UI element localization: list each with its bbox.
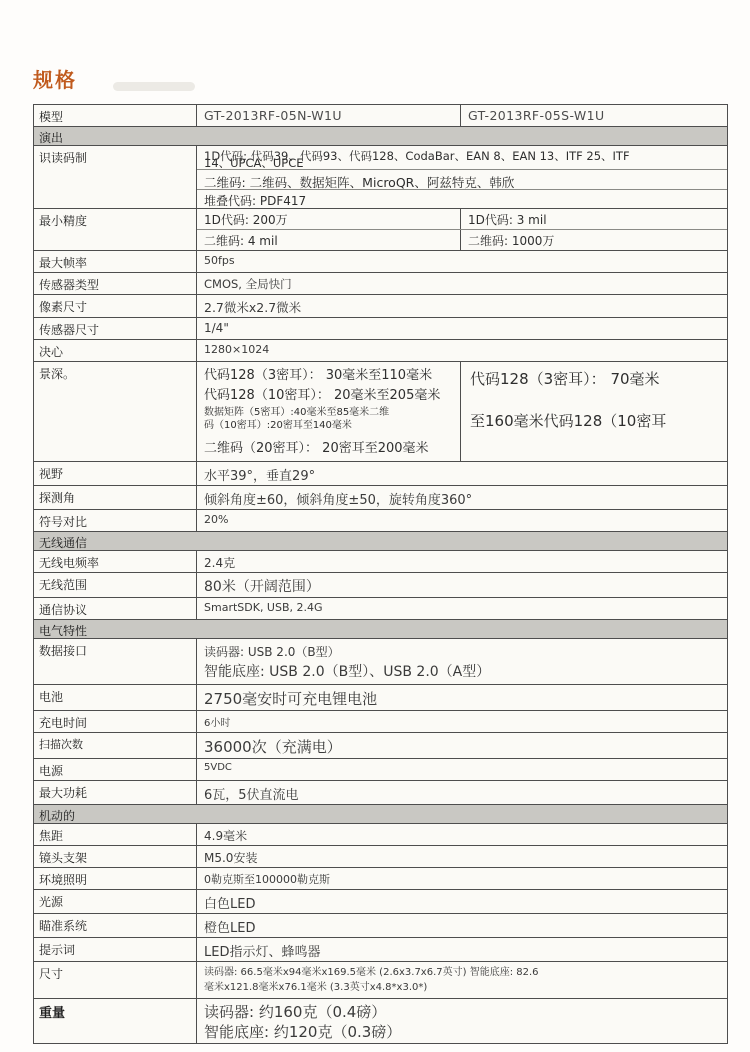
spec-label-sensor-size: 传感器尺寸 <box>34 318 197 339</box>
spec-value-radio-freq: 2.4克 <box>197 551 727 572</box>
spec-label-indicator: 提示词 <box>34 938 197 961</box>
spec-label-dof: 景深。 <box>34 362 197 461</box>
spec-label-resolution: 决心 <box>34 340 197 361</box>
row-ambient: 环境照明 0勒克斯至100000勒克斯 <box>34 868 727 890</box>
spec-value-light-source: 白色LED <box>197 890 727 913</box>
section-header-performance: 演出 <box>34 127 727 146</box>
row-scan-count: 扫描次数 36000次（充满电） <box>34 733 727 759</box>
dof-right-column: 代码128（3密耳）： 70毫米 至160毫米代码128（10密耳 <box>461 362 727 461</box>
spec-label-ambient: 环境照明 <box>34 868 197 889</box>
dimensions-line2: 毫米x121.8毫米x76.1毫米 (3.3英寸x4.8*x3.0*) <box>204 980 723 995</box>
row-charge-time: 充电时间 6小时 <box>34 711 727 733</box>
spec-label-scan-count: 扫描次数 <box>34 733 197 758</box>
spec-value-focal: 4.9毫米 <box>197 824 727 845</box>
spec-label-charge-time: 充电时间 <box>34 711 197 732</box>
section-header-wireless: 无线通信 <box>34 532 727 551</box>
dof-right-line1: 代码128（3密耳）： 70毫米 <box>470 368 725 390</box>
decode-line-1d: 1D代码: 代码39、代码93、代码128、CodaBar、EAN 8、EAN … <box>197 146 727 170</box>
spec-label-min-precision: 最小精度 <box>34 209 197 250</box>
min-precision-2d-left: 二维码: 4 mil <box>197 230 461 250</box>
row-protocol: 通信协议 SmartSDK, USB, 2.4G <box>34 598 727 620</box>
spec-label-data-interface: 数据接口 <box>34 639 197 684</box>
spec-value-sensor-type: CMOS, 全局快门 <box>197 273 727 294</box>
model-value-2: GT-2013RF-05S-W1U <box>461 105 727 126</box>
row-depth-of-field: 景深。 代码128（3密耳）： 30毫米至110毫米 代码128（10密耳）： … <box>34 362 727 462</box>
row-lens-mount: 镜头支架 M5.0安装 <box>34 846 727 868</box>
spec-label-light-source: 光源 <box>34 890 197 913</box>
spec-value-charge-time: 6小时 <box>197 711 727 732</box>
row-symbol-contrast: 符号对比 20% <box>34 510 727 532</box>
spec-page: 规格 模型 GT-2013RF-05N-W1U GT-2013RF-05S-W1… <box>0 0 750 1052</box>
spec-table: 模型 GT-2013RF-05N-W1U GT-2013RF-05S-W1U 演… <box>33 104 728 1044</box>
row-max-frame: 最大帧率 50fps <box>34 251 727 273</box>
dof-left-line2: 代码128（10密耳）： 20毫米至205毫米 <box>204 386 457 406</box>
row-battery: 电池 2750毫安时可充电锂电池 <box>34 685 727 711</box>
spec-value-detect-angle: 倾斜角度±60，倾斜角度±50，旋转角度360° <box>197 486 727 509</box>
row-min-precision: 最小精度 1D代码: 200万 1D代码: 3 mil 二维码: 4 mil 二… <box>34 209 727 251</box>
row-power: 电源 5VDC <box>34 759 727 781</box>
row-light-source: 光源 白色LED <box>34 890 727 914</box>
section-header-electrical: 电气特性 <box>34 620 727 639</box>
dof-left-line1: 代码128（3密耳）： 30毫米至110毫米 <box>204 366 457 386</box>
spec-value-protocol: SmartSDK, USB, 2.4G <box>197 598 727 619</box>
row-sensor-size: 传感器尺寸 1/4" <box>34 318 727 340</box>
data-interface-value: 读码器: USB 2.0（B型） 智能底座: USB 2.0（B型）、USB 2… <box>197 639 727 684</box>
section-header-mechanical: 机动的 <box>34 805 727 824</box>
row-resolution: 决心 1280×1024 <box>34 340 727 362</box>
spec-value-sensor-size: 1/4" <box>197 318 727 339</box>
spec-label-aiming: 瞄准系统 <box>34 914 197 937</box>
weight-value: 读码器: 约160克（0.4磅） 智能底座: 约120克（0.3磅） <box>197 999 727 1043</box>
row-model: 模型 GT-2013RF-05N-W1U GT-2013RF-05S-W1U <box>34 105 727 127</box>
row-indicator: 提示词 LED指示灯、蜂鸣器 <box>34 938 727 962</box>
row-radio-freq: 无线电频率 2.4克 <box>34 551 727 573</box>
min-precision-1d-right: 1D代码: 3 mil <box>461 209 727 229</box>
spec-label-radio-freq: 无线电频率 <box>34 551 197 572</box>
spec-label-max-frame: 最大帧率 <box>34 251 197 272</box>
spec-value-scan-count: 36000次（充满电） <box>197 733 727 758</box>
row-aiming: 瞄准系统 橙色LED <box>34 914 727 938</box>
spec-label-focal: 焦距 <box>34 824 197 845</box>
spec-value-pixel-size: 2.7微米x2.7微米 <box>197 295 727 317</box>
spec-label-battery: 电池 <box>34 685 197 710</box>
spec-label-symbol-contrast: 符号对比 <box>34 510 197 531</box>
decode-line-2d: 二维码: 二维码、数据矩阵、MicroQR、阿兹特克、韩欣 <box>197 170 727 190</box>
dof-left-line4: 码（10密耳）:20密耳至140毫米 <box>204 419 457 432</box>
spec-value-symbol-contrast: 20% <box>197 510 727 531</box>
spec-value-lens-mount: M5.0安装 <box>197 846 727 867</box>
min-precision-1d-left: 1D代码: 200万 <box>197 209 461 229</box>
data-interface-line1: 读码器: USB 2.0（B型） <box>204 642 723 662</box>
dimensions-value: 读码器: 66.5毫米x94毫米x169.5毫米 (2.6x3.7x6.7英寸)… <box>197 962 727 998</box>
row-weight: 重量 读码器: 约160克（0.4磅） 智能底座: 约120克（0.3磅） <box>34 999 727 1044</box>
spec-value-power: 5VDC <box>197 759 727 780</box>
decode-line-stacked: 堆叠代码: PDF417 <box>197 190 727 208</box>
row-sensor-type: 传感器类型 CMOS, 全局快门 <box>34 273 727 295</box>
decode-1d-part-b: 14、UPCA、UPCE <box>204 155 304 170</box>
spec-label-sensor-type: 传感器类型 <box>34 273 197 294</box>
row-decode: 识读码制 1D代码: 代码39、代码93、代码128、CodaBar、EAN 8… <box>34 146 727 209</box>
spec-label-fov: 视野 <box>34 462 197 485</box>
dof-left-line5: 二维码（20密耳）： 20密耳至200毫米 <box>204 439 457 459</box>
spec-value-max-frame: 50fps <box>197 251 727 272</box>
data-interface-line2: 智能底座: USB 2.0（B型）、USB 2.0（A型） <box>204 662 723 683</box>
spec-label-decode: 识读码制 <box>34 146 197 208</box>
weight-line1: 读码器: 约160克（0.4磅） <box>204 1002 723 1022</box>
title-smudge-decoration <box>113 82 195 91</box>
row-dimensions: 尺寸 读码器: 66.5毫米x94毫米x169.5毫米 (2.6x3.7x6.7… <box>34 962 727 999</box>
spec-label-wireless-range: 无线范围 <box>34 573 197 597</box>
row-fov: 视野 水平39°，垂直29° <box>34 462 727 486</box>
spec-value-indicator: LED指示灯、蜂鸣器 <box>197 938 727 961</box>
row-data-interface: 数据接口 读码器: USB 2.0（B型） 智能底座: USB 2.0（B型）、… <box>34 639 727 685</box>
spec-label-dimensions: 尺寸 <box>34 962 197 998</box>
row-wireless-range: 无线范围 80米（开阔范围） <box>34 573 727 598</box>
spec-label-power: 电源 <box>34 759 197 780</box>
dimensions-line1: 读码器: 66.5毫米x94毫米x169.5毫米 (2.6x3.7x6.7英寸)… <box>204 965 723 980</box>
dof-left-column: 代码128（3密耳）： 30毫米至110毫米 代码128（10密耳）： 20毫米… <box>197 362 461 461</box>
dof-left-line3: 数据矩阵（5密耳）:40毫米至85毫米二维 <box>204 406 457 419</box>
spec-value-battery: 2750毫安时可充电锂电池 <box>197 685 727 710</box>
spec-value-resolution: 1280×1024 <box>197 340 727 361</box>
weight-line2: 智能底座: 约120克（0.3磅） <box>204 1022 723 1042</box>
spec-value-fov: 水平39°，垂直29° <box>197 462 727 485</box>
page-title: 规格 <box>33 64 77 93</box>
spec-label-detect-angle: 探测角 <box>34 486 197 509</box>
spec-label-protocol: 通信协议 <box>34 598 197 619</box>
row-detect-angle: 探测角 倾斜角度±60，倾斜角度±50，旋转角度360° <box>34 486 727 510</box>
row-pixel-size: 像素尺寸 2.7微米x2.7微米 <box>34 295 727 318</box>
model-value-1: GT-2013RF-05N-W1U <box>197 105 461 126</box>
dof-right-line2: 至160毫米代码128（10密耳 <box>470 410 725 432</box>
spec-value-ambient: 0勒克斯至100000勒克斯 <box>197 868 727 889</box>
min-precision-2d-right: 二维码: 1000万 <box>461 230 727 250</box>
spec-label-weight: 重量 <box>34 999 197 1043</box>
row-focal: 焦距 4.9毫米 <box>34 824 727 846</box>
spec-label-model: 模型 <box>34 105 197 126</box>
spec-value-aiming: 橙色LED <box>197 914 727 937</box>
spec-label-pixel-size: 像素尺寸 <box>34 295 197 317</box>
spec-label-lens-mount: 镜头支架 <box>34 846 197 867</box>
spec-label-max-power: 最大功耗 <box>34 781 197 804</box>
spec-value-max-power: 6瓦，5伏直流电 <box>197 781 727 804</box>
row-max-power: 最大功耗 6瓦，5伏直流电 <box>34 781 727 805</box>
decode-value: 1D代码: 代码39、代码93、代码128、CodaBar、EAN 8、EAN … <box>197 146 727 208</box>
spec-value-wireless-range: 80米（开阔范围） <box>197 573 727 597</box>
